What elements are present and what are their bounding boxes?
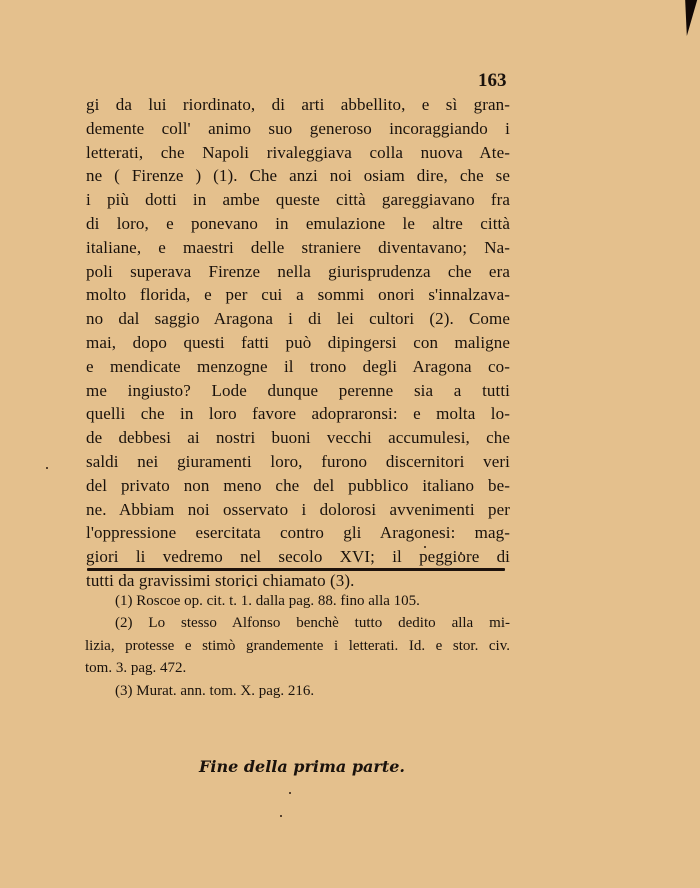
body-line: letterati, che Napoli rivaleggiava colla… bbox=[86, 141, 510, 165]
body-line: me ingiusto? Lode dunque perenne sia a t… bbox=[86, 379, 510, 403]
body-line: del privato non meno che del pubblico it… bbox=[86, 474, 510, 498]
body-line: gi da lui riordinato, di arti abbellito,… bbox=[86, 93, 510, 117]
closing-line: Fine della prima parte. bbox=[199, 757, 405, 776]
body-line: demente coll' animo suo generoso incorag… bbox=[86, 117, 510, 141]
footnote-line: (3) Murat. ann. tom. X. pag. 216. bbox=[85, 680, 510, 702]
footnote-line: tom. 3. pag. 472. bbox=[85, 657, 510, 679]
body-line: mai, dopo questi fatti può dipingersi co… bbox=[86, 331, 510, 355]
body-line: saldi nei giuramenti loro, furono discer… bbox=[86, 450, 510, 474]
scan-speck bbox=[280, 815, 282, 817]
body-line: ne ( Firenze ) (1). Che anzi noi osiam d… bbox=[86, 164, 510, 188]
scan-speck bbox=[460, 552, 462, 554]
scan-speck bbox=[289, 792, 291, 794]
footnote-line: (2) Lo stesso Alfonso benchè tutto dedit… bbox=[85, 612, 510, 634]
footnote-divider bbox=[87, 568, 505, 571]
body-line: i più dotti in ambe queste città gareggi… bbox=[86, 188, 510, 212]
scan-speck bbox=[424, 546, 426, 548]
body-text: gi da lui riordinato, di arti abbellito,… bbox=[86, 93, 510, 593]
body-line: giori li vedremo nel secolo XVI; il pegg… bbox=[86, 545, 510, 569]
body-line: italiane, e maestri delle straniere dive… bbox=[86, 236, 510, 260]
footnote-line: lizia, protesse e stimò grandemente i le… bbox=[85, 635, 510, 657]
book-page: 163 gi da lui riordinato, di arti abbell… bbox=[0, 0, 700, 888]
body-line: l'oppressione esercitata contro gli Arag… bbox=[86, 521, 510, 545]
body-line: ne. Abbiam noi osservato i dolorosi avve… bbox=[86, 498, 510, 522]
scan-speck bbox=[248, 585, 250, 587]
body-line: quelli che in loro favore adopraronsi: e… bbox=[86, 402, 510, 426]
body-line: molto florida, e per cui a sommi onori s… bbox=[86, 283, 510, 307]
scan-speck bbox=[46, 467, 48, 469]
page-number: 163 bbox=[478, 70, 507, 92]
footnote-line: (1) Roscoe op. cit. t. 1. dalla pag. 88.… bbox=[85, 590, 510, 612]
body-line: di loro, e ponevano in emulazione le alt… bbox=[86, 212, 510, 236]
scan-speck bbox=[441, 553, 443, 555]
footnotes: (1) Roscoe op. cit. t. 1. dalla pag. 88.… bbox=[85, 590, 510, 702]
body-line: no dal saggio Aragona i di lei cultori (… bbox=[86, 307, 510, 331]
body-line: poli superava Firenze nella giurispruden… bbox=[86, 260, 510, 284]
body-line: e mendicate menzogne il trono degli Arag… bbox=[86, 355, 510, 379]
body-line: de debbesi ai nostri buoni vecchi accumu… bbox=[86, 426, 510, 450]
page-corner-mark bbox=[679, 0, 697, 36]
